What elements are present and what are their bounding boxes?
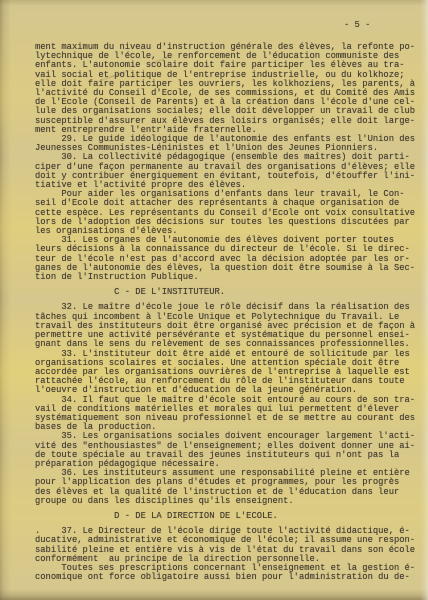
section-heading-instituteur: C - DE L'INSTITUTEUR.: [35, 288, 425, 297]
paragraph-31: 31. Les organes de l'autonomie des élève…: [35, 236, 425, 282]
paragraph-30-continuation: Pour aider les organisations d'enfants d…: [35, 190, 425, 236]
paragraph-28-continued: ment maximum du niveau d'instruction gén…: [35, 43, 425, 135]
scanned-page: - 5 - ment maximum du niveau d'instructi…: [0, 0, 428, 600]
document-text: ment maximum du niveau d'instruction gén…: [35, 43, 425, 582]
section-heading-direction-ecole: D - DE LA DIRECTION DE L'ECOLE.: [35, 512, 425, 521]
paragraph-37-continuation: Toutes ses prescriptions concernant l'en…: [35, 564, 425, 582]
paragraph-36: 36. Les instituteurs assument une respon…: [35, 469, 425, 506]
paragraph-35: 35. Les organisations sociales doivent e…: [35, 432, 425, 469]
paragraph-37: . 37. Le Directeur de l'école dirige tou…: [35, 527, 425, 564]
page-number: - 5 -: [344, 21, 370, 30]
paragraph-34: 34. Il faut que le maître d'école soit e…: [35, 396, 425, 433]
paragraph-32: 32. Le maître d'école joue le rôle décis…: [35, 303, 425, 349]
paragraph-33: 33. L'instituteur doit être aidé et ento…: [35, 350, 425, 396]
paragraph-30: 30. La collectivité pédagogique (ensembl…: [35, 153, 425, 190]
paragraph-29: 29. Le guide idéologique de l'autonomie …: [35, 135, 425, 153]
